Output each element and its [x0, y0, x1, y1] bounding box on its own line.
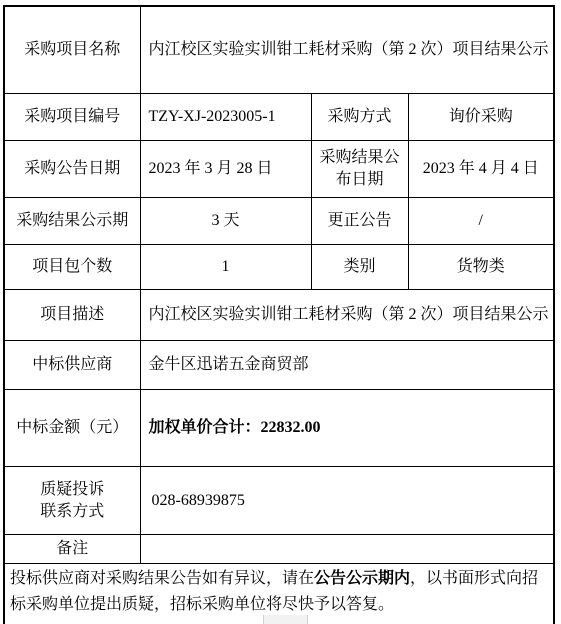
footer-note-prefix: 投标供应商对采购结果公告如有异议，请在 [10, 570, 314, 587]
label-package-count: 项目包个数 [4, 245, 140, 290]
row-project-number: 采购项目编号 TZY-XJ-2023005-1 采购方式 询价采购 [4, 94, 554, 141]
value-announce-date: 2023 年 3 月 28 日 [140, 141, 311, 198]
footer-note-bold: 公告公示期内 [314, 570, 410, 587]
label-winning-amount: 中标金额（元） [4, 390, 140, 467]
value-project-name: 内江校区实验实训钳工耗材采购（第 2 次）项目结果公示 [140, 6, 554, 94]
label-announce-date: 采购公告日期 [4, 141, 140, 198]
value-complaint-contact: 028-68939875 [140, 467, 554, 535]
label-correction-notice: 更正公告 [311, 198, 408, 245]
label-complaint-contact: 质疑投诉 联系方式 [4, 467, 140, 535]
label-remarks: 备注 [4, 535, 140, 564]
value-publicity-period: 3 天 [140, 198, 311, 245]
row-winning-supplier: 中标供应商 金牛区迅诺五金商贸部 [4, 341, 554, 390]
value-winning-amount: 加权单价合计：22832.00 [140, 390, 554, 467]
row-project-description: 项目描述 内江校区实验实训钳工耗材采购（第 2 次）项目结果公示 [4, 290, 554, 341]
value-project-description: 内江校区实验实训钳工耗材采购（第 2 次）项目结果公示 [140, 290, 554, 341]
row-project-name: 采购项目名称 内江校区实验实训钳工耗材采购（第 2 次）项目结果公示 [4, 6, 554, 94]
label-project-description: 项目描述 [4, 290, 140, 341]
value-winning-supplier: 金牛区迅诺五金商贸部 [140, 341, 554, 390]
label-procurement-method: 采购方式 [311, 94, 408, 141]
label-publicity-period: 采购结果公示期 [4, 198, 140, 245]
label-winning-supplier: 中标供应商 [4, 341, 140, 390]
row-winning-amount: 中标金额（元） 加权单价合计：22832.00 [4, 390, 554, 467]
label-project-name: 采购项目名称 [4, 6, 140, 94]
value-remarks [140, 535, 554, 564]
value-category: 货物类 [408, 245, 554, 290]
value-package-count: 1 [140, 245, 311, 290]
label-result-publish-date: 采购结果公 布日期 [311, 141, 408, 198]
value-project-number: TZY-XJ-2023005-1 [140, 94, 311, 141]
row-package-count: 项目包个数 1 类别 货物类 [4, 245, 554, 290]
label-project-number: 采购项目编号 [4, 94, 140, 141]
procurement-result-table: 采购项目名称 内江校区实验实训钳工耗材采购（第 2 次）项目结果公示 采购项目编… [3, 5, 555, 624]
row-complaint-contact: 质疑投诉 联系方式 028-68939875 [4, 467, 554, 535]
row-remarks: 备注 [4, 535, 554, 564]
horizontal-scrollbar-thumb[interactable] [263, 615, 308, 624]
value-correction-notice: / [408, 198, 554, 245]
row-publicity-period: 采购结果公示期 3 天 更正公告 / [4, 198, 554, 245]
row-announce-date: 采购公告日期 2023 年 3 月 28 日 采购结果公 布日期 2023 年 … [4, 141, 554, 198]
value-result-publish-date: 2023 年 4 月 4 日 [408, 141, 554, 198]
label-category: 类别 [311, 245, 408, 290]
value-procurement-method: 询价采购 [408, 94, 554, 141]
